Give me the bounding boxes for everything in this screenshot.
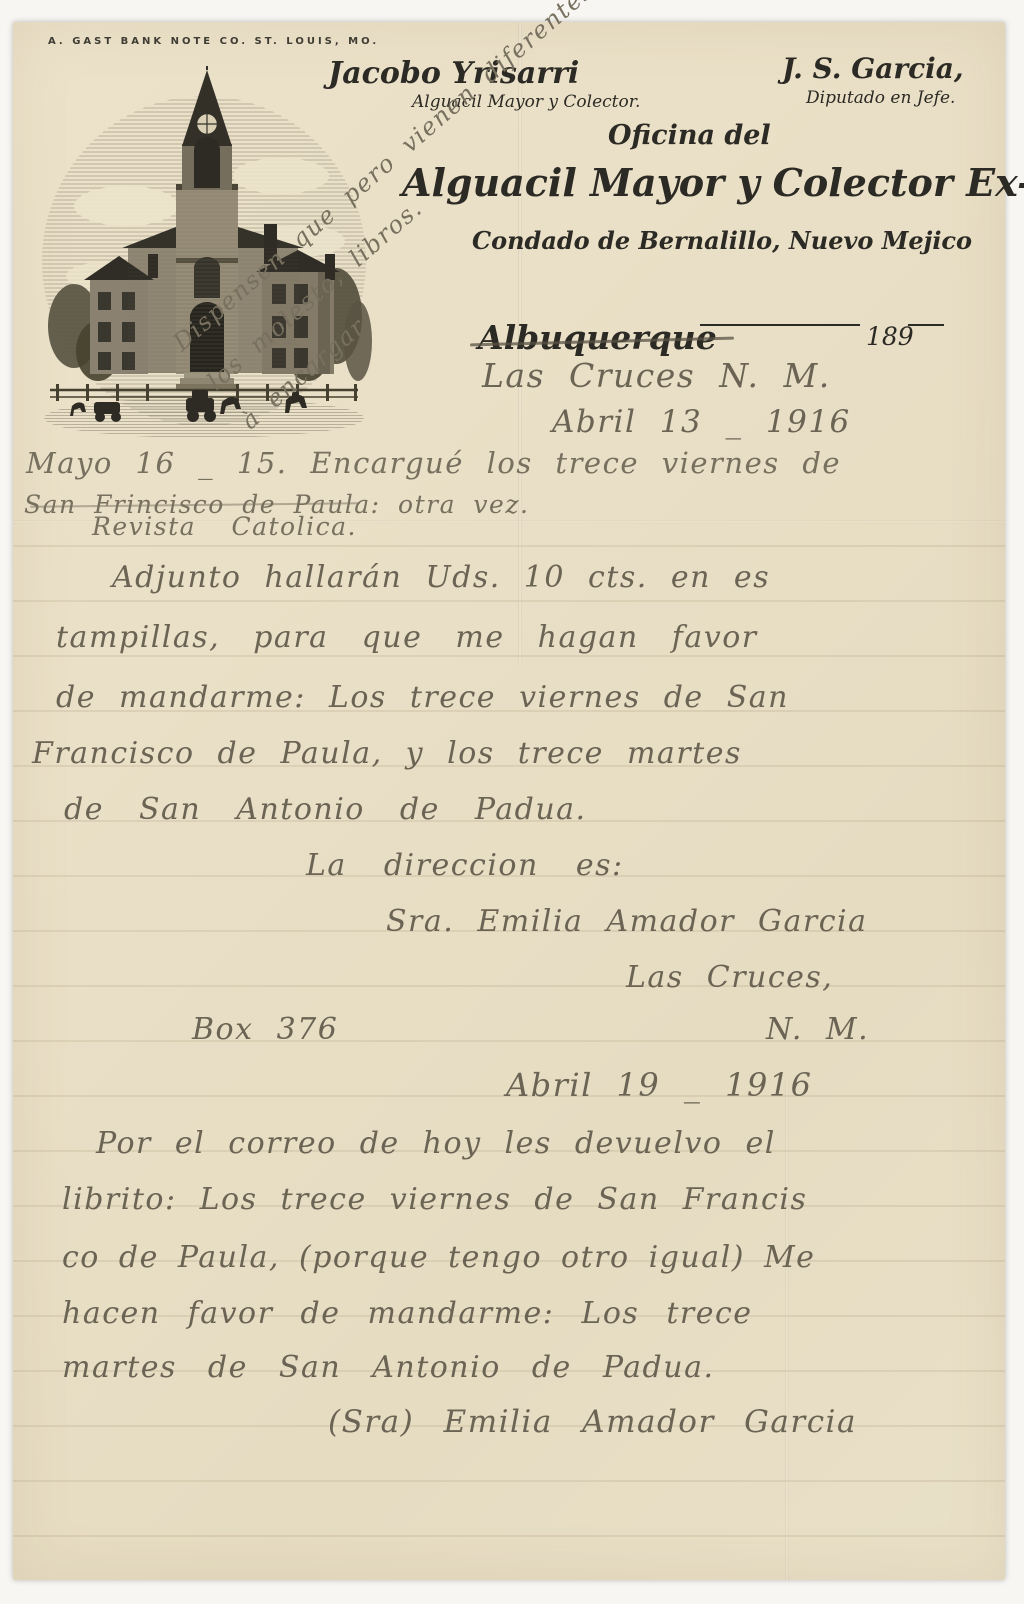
printer-credit: A. GAST BANK NOTE CO. ST. LOUIS, MO.: [48, 36, 379, 47]
closing-line-4: hacen favor de mandarme: Los trece: [62, 1296, 753, 1331]
body-line-3: de mandarme: Los trece viernes de San: [56, 680, 789, 715]
address-line-3: Box 376: [192, 1012, 338, 1047]
body-line-6: La direccion es:: [306, 848, 624, 883]
official-right-name: J. S. Garcia,: [782, 52, 964, 85]
address-line-4: N. M.: [766, 1012, 869, 1047]
closing-line-5: martes de San Antonio de Padua.: [62, 1350, 715, 1385]
fold-crease-vertical: [785, 1082, 789, 1580]
body-line-4: Francisco de Paula, y los trece martes: [32, 736, 742, 771]
signature: (Sra) Emilia Amador Garcia: [328, 1404, 857, 1440]
dateline-year: 189: [866, 322, 914, 351]
office-line3: Condado de Bernalillo, Nuevo Mejico: [472, 226, 972, 255]
body-line-1: Adjunto hallarán Uds. 10 cts. en es: [112, 560, 770, 595]
handwritten-place: Las Cruces N. M.: [482, 356, 831, 395]
official-right-title: Diputado en Jefe.: [806, 88, 955, 108]
dateline-blank-short: [908, 324, 944, 326]
closing-line-2: librito: Los trece viernes de San Franci…: [62, 1182, 807, 1217]
office-line1: Oficina del: [608, 120, 771, 151]
closing-line-1: Por el correo de hoy les devuelvo el: [96, 1126, 776, 1161]
handwritten-order-line-1: Mayo 16 _ 15. Encargué los trece viernes…: [26, 446, 841, 480]
body-line-2: tampillas, para que me hagan favor: [56, 620, 758, 655]
closing-line-3: co de Paula, (porque tengo otro igual) M…: [62, 1240, 815, 1275]
handwritten-order-line-3: Revista Catolica.: [92, 512, 357, 541]
body-line-5: de San Antonio de Padua.: [64, 792, 587, 827]
address-line-2: Las Cruces,: [626, 960, 833, 995]
handwritten-date-1: Abril 13 _ 1916: [552, 404, 851, 440]
address-line-1: Sra. Emilia Amador Garcia: [386, 904, 868, 939]
dateline-blank: [700, 324, 860, 326]
handwritten-date-2: Abril 19 _ 1916: [506, 1066, 813, 1104]
